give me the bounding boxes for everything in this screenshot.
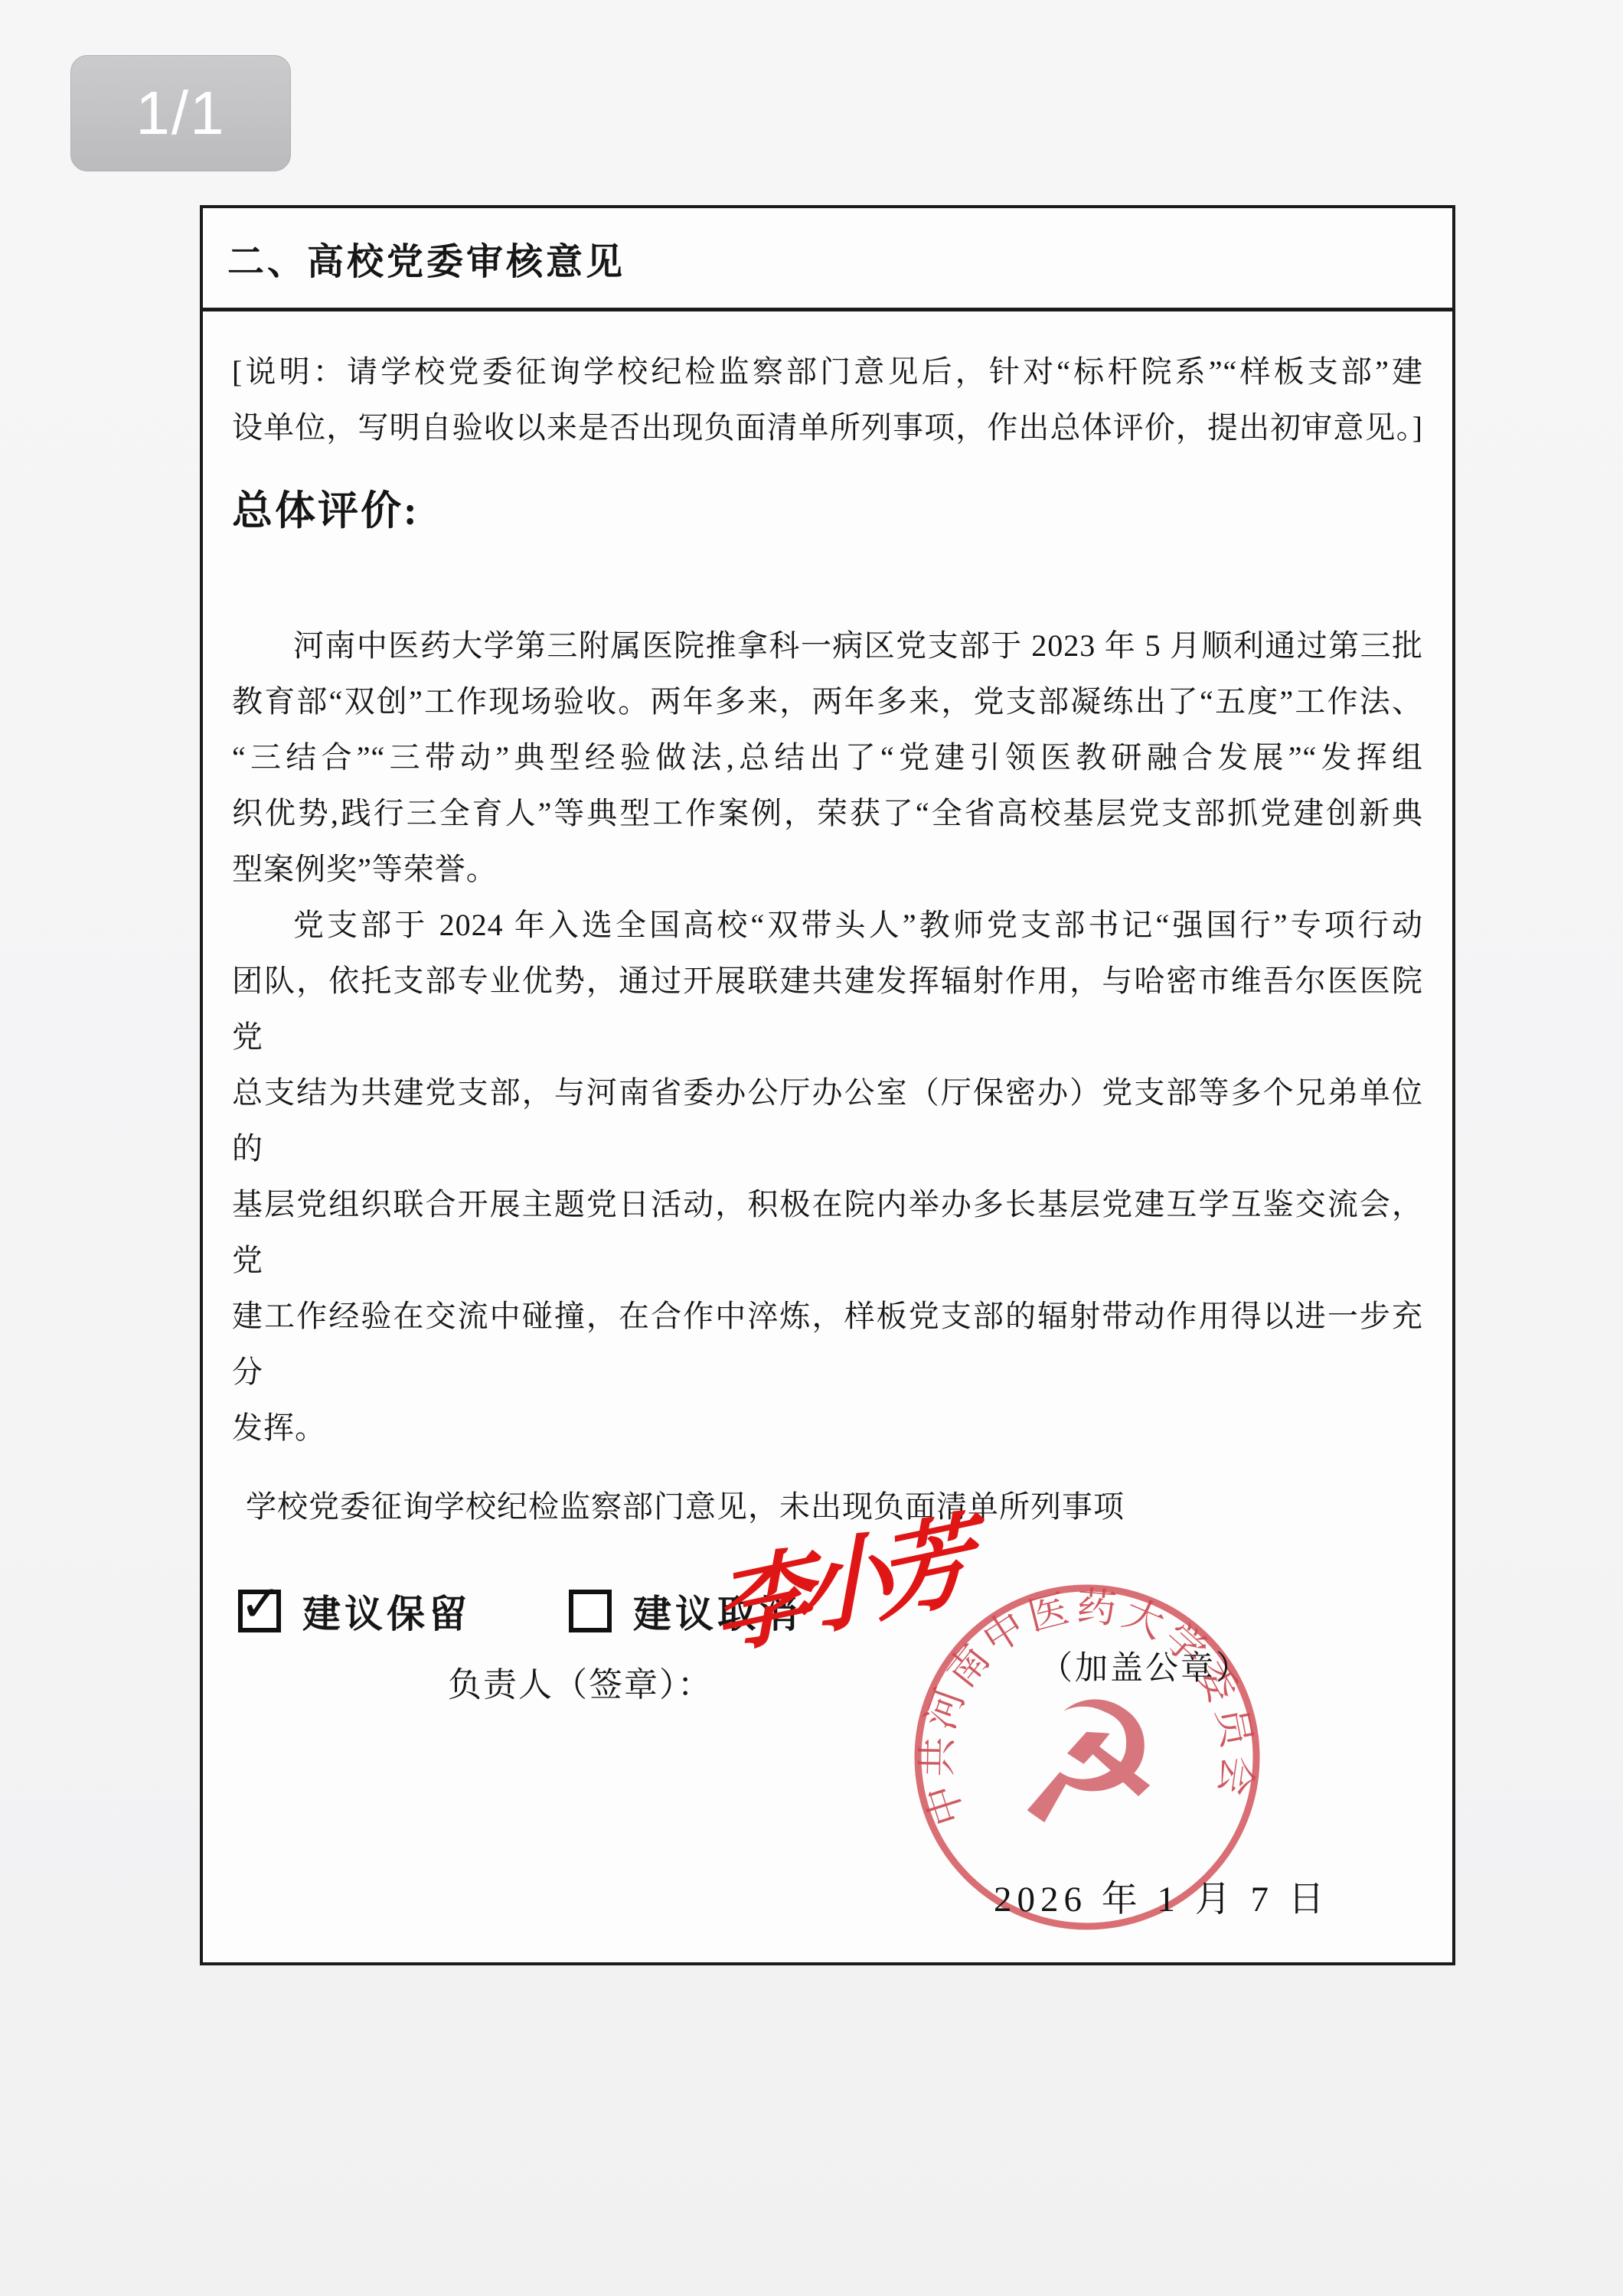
section-title-row: 二、高校党委审核意见 <box>203 208 1452 311</box>
keep-label: 建议保留 <box>302 1583 471 1639</box>
overall-evaluation-heading: 总体评价: <box>232 484 1423 538</box>
section-title: 二、高校党委审核意见 <box>227 232 625 285</box>
body-line: 建工作经验在交流中碰撞，在合作中淬炼，样板党支部的辐射带动作用得以进一步充分 <box>232 1288 1423 1400</box>
instruction-note: [说明：请学校党委征询学校纪检监察部门意见后，针对“标杆院系”“样板支部”建 设… <box>232 344 1423 455</box>
body-line: “三结合”“三带动”典型经验做法,总结出了“党建引领医教研融合发展”“发挥组 <box>232 729 1423 785</box>
body-line: 教育部“双创”工作现场验收。两年多来，两年多来，党支部凝练出了“五度”工作法、 <box>232 673 1423 729</box>
check-icon: ✓ <box>240 1574 282 1633</box>
responsible-person-label: 负责人（签章）： <box>448 1657 713 1706</box>
discipline-inquiry-result: 学校党委征询学校纪检监察部门意见，未出现负面清单所列事项 <box>232 1479 1423 1534</box>
body-line: 党支部于 2024 年入选全国高校“双带头人”教师党支部书记“强国行”专项行动 <box>232 897 1423 953</box>
signature-date: 2026 年 1 月 7 日 <box>994 1870 1330 1922</box>
body-line: 基层党组织联合开展主题党日活动，积极在院内举办多长基层党建互学互鉴交流会，党 <box>232 1176 1423 1288</box>
body-line: 团队，依托支部专业优势，通过开展联建共建发挥辐射作用，与哈密市维吾尔医医院党 <box>232 953 1423 1065</box>
keep-checkbox[interactable]: ✓ <box>238 1590 281 1632</box>
scanned-document-page: 1/1 二、高校党委审核意见 [说明：请学校党委征询学校纪检监察部门意见后，针对… <box>0 0 1623 2296</box>
page-indicator-text: 1/1 <box>136 78 225 148</box>
option-keep: ✓ 建议保留 <box>238 1583 471 1639</box>
body-line: 总支结为共建党支部，与河南省委办公厅办公室（厅保密办）党支部等多个兄弟单位的 <box>232 1065 1423 1176</box>
note-line: 设单位，写明自验收以来是否出现负面清单所列事项，作出总体评价，提出初审意见。] <box>232 400 1423 455</box>
evaluation-paragraph-1: 河南中医药大学第三附属医院推拿科一病区党支部于 2023 年 5 月顺利通过第三… <box>232 618 1423 897</box>
body-line: 河南中医药大学第三附属医院推拿科一病区党支部于 2023 年 5 月顺利通过第三… <box>232 618 1423 673</box>
stamp-placement-note: （加盖公章） <box>1040 1642 1251 1689</box>
section-content: [说明：请学校党委征询学校纪检监察部门意见后，针对“标杆院系”“样板支部”建 设… <box>203 344 1452 1639</box>
evaluation-paragraph-2: 党支部于 2024 年入选全国高校“双带头人”教师党支部书记“强国行”专项行动 … <box>232 897 1423 1456</box>
body-line: 织优势,践行三全育人”等典型工作案例，荣获了“全省高校基层党支部抓党建创新典 <box>232 785 1423 841</box>
review-opinion-table-cell: 二、高校党委审核意见 [说明：请学校党委征询学校纪检监察部门意见后，针对“标杆院… <box>200 205 1455 1965</box>
body-line: 学校党委征询学校纪检监察部门意见，未出现负面清单所列事项 <box>246 1479 1423 1534</box>
body-line: 型案例奖”等荣誉。 <box>232 841 1423 897</box>
page-indicator-badge: 1/1 <box>70 55 291 171</box>
hammer-sickle-emblem-icon: ☭ <box>1013 1666 1164 1862</box>
cancel-checkbox[interactable] <box>569 1590 612 1632</box>
body-line: 发挥。 <box>232 1400 1423 1456</box>
note-line: [说明：请学校党委征询学校纪检监察部门意见后，针对“标杆院系”“样板支部”建 <box>232 344 1423 400</box>
